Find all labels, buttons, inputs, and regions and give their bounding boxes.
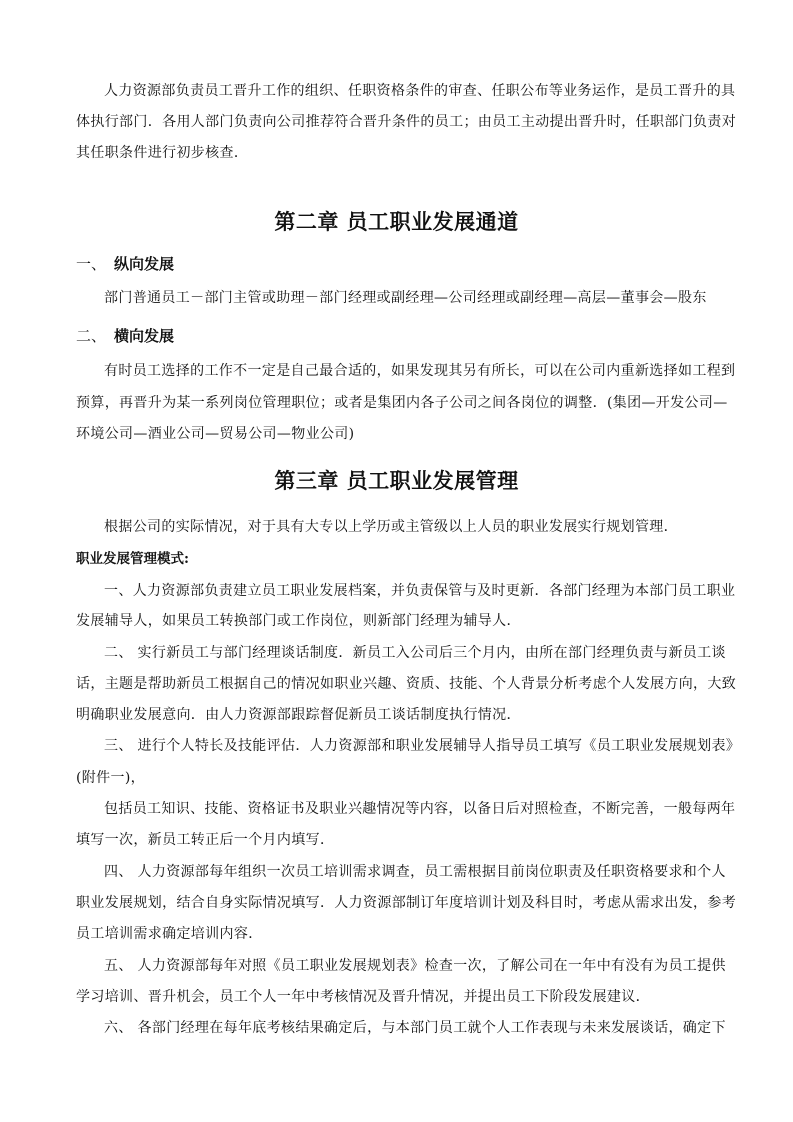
section-title: 横向发展 bbox=[114, 327, 174, 345]
item-6-line-1: 六、 各部门经理在每年底考核结果确定后，与本部门员工就个人工作表现与未来发展谈话… bbox=[104, 1019, 720, 1037]
item-2-line-1: 二、 实行新员工与部门经理谈话制度．新员工入公司后三个月内，由所在部门经理负责与… bbox=[104, 644, 720, 662]
section-vertical-heading: 一、纵向发展 bbox=[76, 254, 174, 274]
management-mode-label: 职业发展管理模式: bbox=[76, 550, 189, 568]
section-number: 一、 bbox=[76, 254, 114, 274]
item-5-line-2: 学习培训、晋升机会，员工个人一年中考核情况及晋升情况，并提出员工下阶段发展建议． bbox=[76, 988, 720, 1006]
horizontal-line-2: 预算，再晋升为某一系列岗位管理职位；或者是集团内各子公司之间各岗位的调整．(集团… bbox=[76, 394, 720, 412]
chapter-2-title: 第二章 员工职业发展通道 bbox=[0, 209, 793, 235]
item-3-line-4: 填写一次，新员工转正后一个月内填写． bbox=[76, 831, 720, 849]
horizontal-line-1: 有时员工选择的工作不一定是自己最合适的，如果发现其另有所长，可以在公司内重新选择… bbox=[104, 362, 720, 380]
item-1-line-2: 发展辅导人，如果员工转换部门或工作岗位，则新部门经理为辅导人． bbox=[76, 612, 720, 630]
item-1-line-1: 一、人力资源部负责建立员工职业发展档案，并负责保管与及时更新．各部门经理为本部门… bbox=[104, 582, 720, 600]
item-3-line-2: (附件一)， bbox=[76, 769, 720, 787]
item-5-line-1: 五、 人力资源部每年对照《员工职业发展规划表》检查一次，了解公司在一年中有没有为… bbox=[104, 957, 720, 975]
item-4-line-2: 职业发展规划，结合自身实际情况填写．人力资源部制订年度培训计划及科目时，考虑从需… bbox=[76, 894, 720, 912]
section-title: 纵向发展 bbox=[114, 255, 174, 273]
intro-line-3: 其任职条件进行初步核查． bbox=[76, 144, 720, 162]
chapter-3-intro: 根据公司的实际情况，对于具有大专以上学历或主管级以上人员的职业发展实行规划管理． bbox=[104, 518, 720, 536]
item-2-line-2: 话，主题是帮助新员工根据自己的情况如职业兴趣、资质、技能、个人背景分析考虑个人发… bbox=[76, 675, 720, 693]
vertical-path-line: 部门普通员工－部门主管或助理－部门经理或副经理—公司经理或副经理—高层—董事会—… bbox=[104, 289, 720, 307]
section-number: 二、 bbox=[76, 326, 114, 346]
intro-line-2: 体执行部门．各用人部门负责向公司推荐符合晋升条件的员工；由员工主动提出晋升时，任… bbox=[76, 113, 720, 131]
item-4-line-3: 员工培训需求确定培训内容． bbox=[76, 925, 720, 943]
item-2-line-3: 明确职业发展意向．由人力资源部跟踪督促新员工谈话制度执行情况． bbox=[76, 706, 720, 724]
item-3-line-1: 三、 进行个人特长及技能评估．人力资源部和职业发展辅导人指导员工填写《员工职业发… bbox=[104, 737, 720, 755]
section-horizontal-heading: 二、横向发展 bbox=[76, 326, 174, 346]
intro-line-1: 人力资源部负责员工晋升工作的组织、任职资格条件的审查、任职公布等业务运作，是员工… bbox=[104, 82, 720, 100]
chapter-3-title: 第三章 员工职业发展管理 bbox=[0, 468, 793, 494]
horizontal-line-3: 环境公司—酒业公司—贸易公司—物业公司) bbox=[76, 425, 720, 443]
item-3-line-3: 包括员工知识、技能、资格证书及职业兴趣情况等内容，以备日后对照检查，不断完善，一… bbox=[104, 800, 720, 818]
item-4-line-1: 四、 人力资源部每年组织一次员工培训需求调查，员工需根据目前岗位职责及任职资格要… bbox=[104, 863, 720, 881]
